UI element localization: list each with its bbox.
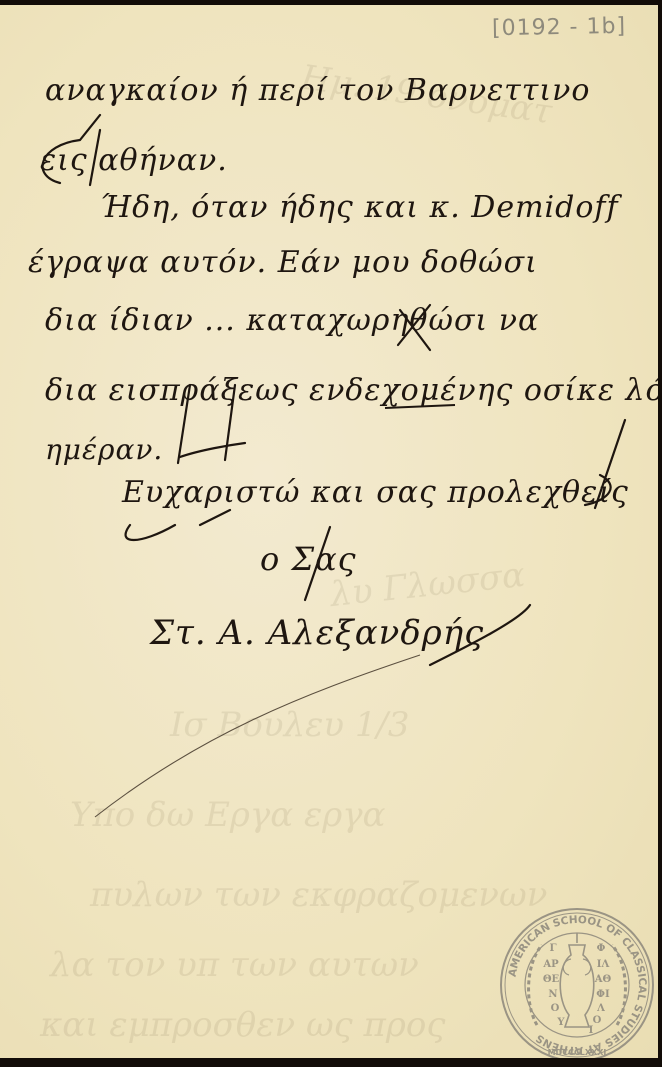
seal-date: MDCCCLXXXI (548, 1048, 607, 1057)
ink-flourishes (0, 5, 658, 1058)
seal-letter: Ο (593, 1015, 602, 1026)
seal-letter: Υ (556, 1017, 565, 1028)
seal-letter: ΑΡ (542, 959, 559, 970)
seal-letter: Γ (549, 943, 556, 954)
seal-letter: ΦΙ (596, 989, 610, 1000)
seal-letter: ΙΛ (597, 959, 610, 970)
seal-letter: Φ (597, 943, 606, 954)
letter-page: Ημ. 19 ονοματ λυ Γλωσσα Ισ Βουλευ 1/3 Υπ… (0, 5, 658, 1058)
seal-letter: Λ (596, 1003, 605, 1014)
seal-letter: Ο (551, 1003, 560, 1014)
institution-seal: AMERICAN SCHOOL OF CLASSICAL STUDIES AT … (497, 905, 657, 1058)
seal-letter: Ι (589, 1025, 594, 1036)
seal-letter: ΘΕ (543, 974, 560, 985)
seal-letter: Ν (548, 989, 557, 1000)
seal-letter: ΑΘ (594, 974, 612, 985)
